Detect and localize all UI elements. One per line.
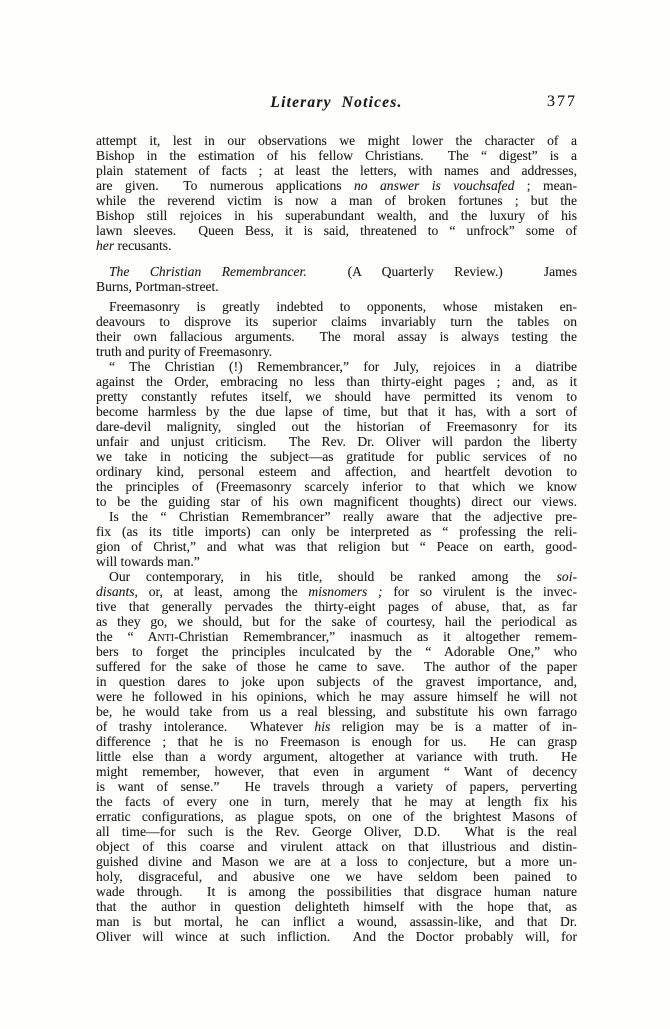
text-line: difference ; that he is no Freemason is …: [96, 734, 577, 749]
text-line: that the author in question delighteth h…: [96, 899, 577, 914]
text-line: will towards man.”: [96, 554, 577, 569]
text-line: are given. To numerous applications no a…: [96, 178, 577, 193]
text-line: attempt it, lest in our observations we …: [96, 133, 577, 148]
text-line: plain statement of facts ; at least the …: [96, 163, 577, 178]
running-title: Literary Notices.: [96, 94, 577, 112]
page-number: 377: [547, 93, 577, 111]
paragraph: Is the “ Christian Remembrancer” really …: [96, 509, 577, 569]
text-line: unfair and unjust criticism. The Rev. Dr…: [96, 434, 577, 449]
text-line: of trashy intolerance. Whatever his reli…: [96, 719, 577, 734]
text-line: fix (as its title imports) can only be i…: [96, 524, 577, 539]
text-line: bers to forget the principles inculcated…: [96, 644, 577, 659]
text-line: man is but mortal, he can inflict a woun…: [96, 914, 577, 929]
text-line: the “ Anti-Christian Remembrancer,” inas…: [96, 629, 577, 644]
text-line: is want of sense.” He travels through a …: [96, 779, 577, 794]
paragraph: attempt it, lest in our observations we …: [96, 133, 577, 253]
work-title-paragraph: The Christian Remembrancer. (A Quarterly…: [96, 264, 577, 294]
text-line: become harmless by the due lapse of time…: [96, 404, 577, 419]
text-line: the facts of every one in turn, merely t…: [96, 794, 577, 809]
text-line: object of this coarse and virulent attac…: [96, 839, 577, 854]
paragraph: “ The Christian (!) Remembrancer,” for J…: [96, 359, 577, 509]
text-line: holy, disgraceful, and abusive one we ha…: [96, 869, 577, 884]
text-line: Freemasonry is greatly indebted to oppon…: [96, 299, 577, 314]
text-line: suffered for the sake of those he came t…: [96, 659, 577, 674]
text-line: to be the guiding star of his own magnif…: [96, 494, 577, 509]
text-line: Is the “ Christian Remembrancer” really …: [96, 509, 577, 524]
text-line: all time—for such is the Rev. George Oli…: [96, 824, 577, 839]
text-line: Our contemporary, in his title, should b…: [96, 569, 577, 584]
text-line: lawn sleeves. Queen Bess, it is said, th…: [96, 223, 577, 238]
page-body: attempt it, lest in our observations we …: [96, 133, 577, 944]
text-line: were he followed in his opinions, which …: [96, 689, 577, 704]
text-line: against the Order, embracing no less tha…: [96, 374, 577, 389]
paragraph: Our contemporary, in his title, should b…: [96, 569, 577, 944]
text-line: Bishop still rejoices in his superabunda…: [96, 208, 577, 223]
text-line: their own fallacious arguments. The mora…: [96, 329, 577, 344]
text-line: the principles of (Freemasonry scarcely …: [96, 479, 577, 494]
text-line: “ The Christian (!) Remembrancer,” for J…: [96, 359, 577, 374]
text-line: tive that generally pervades the thirty-…: [96, 599, 577, 614]
paragraph: Freemasonry is greatly indebted to oppon…: [96, 299, 577, 359]
text-line: The Christian Remembrancer. (A Quarterly…: [96, 264, 577, 279]
text-line: in question dares to joke upon subjects …: [96, 674, 577, 689]
text-line: deavours to disprove its superior claims…: [96, 314, 577, 329]
text-line: her recusants.: [96, 238, 577, 253]
text-line: might remember, however, that even in ar…: [96, 764, 577, 779]
text-line: as they go, we should, but for the sake …: [96, 614, 577, 629]
text-line: wade through. It is among the possibilit…: [96, 884, 577, 899]
text-line: Bishop in the estimation of his fellow C…: [96, 148, 577, 163]
text-line: Burns, Portman-street.: [96, 279, 577, 294]
text-line: dare-devil malignity, singled out the hi…: [96, 419, 577, 434]
text-line: disants, or, at least, among the misnome…: [96, 584, 577, 599]
page-header: Literary Notices. 377: [96, 94, 577, 113]
text-block: Literary Notices. 377 attempt it, lest i…: [96, 94, 577, 944]
text-line: guished divine and Mason we are at a los…: [96, 854, 577, 869]
text-line: Oliver will wince at such infliction. An…: [96, 929, 577, 944]
text-line: we take in noticing the subject—as grati…: [96, 449, 577, 464]
text-line: gion of Christ,” and what was that relig…: [96, 539, 577, 554]
text-line: ordinary kind, personal esteem and affec…: [96, 464, 577, 479]
text-line: truth and purity of Freemasonry.: [96, 344, 577, 359]
text-line: while the reverend victim is now a man o…: [96, 193, 577, 208]
text-line: pretty constantly refutes itself, we sho…: [96, 389, 577, 404]
text-line: erratic configurations, as plague spots,…: [96, 809, 577, 824]
scanned-page: Literary Notices. 377 attempt it, lest i…: [0, 0, 670, 1029]
text-line: little else than a wordy argument, altog…: [96, 749, 577, 764]
text-line: be, he would take from us a real blessin…: [96, 704, 577, 719]
